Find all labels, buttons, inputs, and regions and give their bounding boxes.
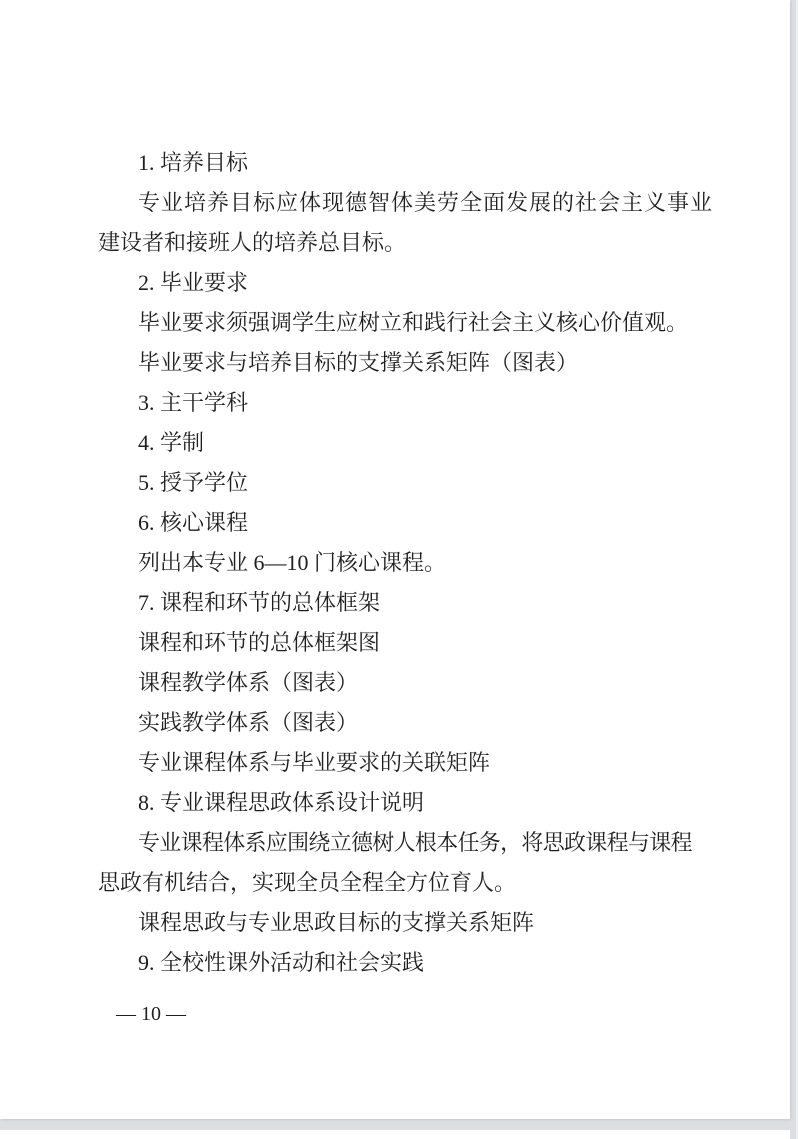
document-line: 建设者和接班人的培养总目标。 [98,223,692,263]
page-number: — 10 — [116,999,186,1029]
document-line: 1. 培养目标 [98,143,692,183]
document-line: 课程思政与专业思政目标的支撑关系矩阵 [98,903,692,943]
document-line: 思政有机结合，实现全员全程全方位育人。 [98,863,692,903]
document-body: 1. 培养目标 专业培养目标应体现德智体美劳全面发展的社会主义事业 建设者和接班… [98,143,692,983]
document-line: 专业课程体系应围绕立德树人根本任务，将思政课程与课程 [98,823,692,863]
document-line: 毕业要求与培养目标的支撑关系矩阵（图表） [98,343,692,383]
document-line: 2. 毕业要求 [98,263,692,303]
document-line: 6. 核心课程 [98,503,692,543]
document-line: 实践教学体系（图表） [98,703,692,743]
document-line: 专业课程体系与毕业要求的关联矩阵 [98,743,692,783]
document-page: 1. 培养目标 专业培养目标应体现德智体美劳全面发展的社会主义事业 建设者和接班… [0,0,790,1119]
document-line: 7. 课程和环节的总体框架 [98,583,692,623]
next-page-top [0,1130,790,1139]
document-line: 毕业要求须强调学生应树立和践行社会主义核心价值观。 [98,303,692,343]
document-line: 课程教学体系（图表） [98,663,692,703]
document-line: 专业培养目标应体现德智体美劳全面发展的社会主义事业 [98,183,692,223]
document-line: 5. 授予学位 [98,463,692,503]
document-line: 课程和环节的总体框架图 [98,623,692,663]
document-line: 3. 主干学科 [98,383,692,423]
document-line: 8. 专业课程思政体系设计说明 [98,783,692,823]
document-line: 列出本专业 6—10 门核心课程。 [98,543,692,583]
document-line: 9. 全校性课外活动和社会实践 [98,943,692,983]
document-line: 4. 学制 [98,423,692,463]
